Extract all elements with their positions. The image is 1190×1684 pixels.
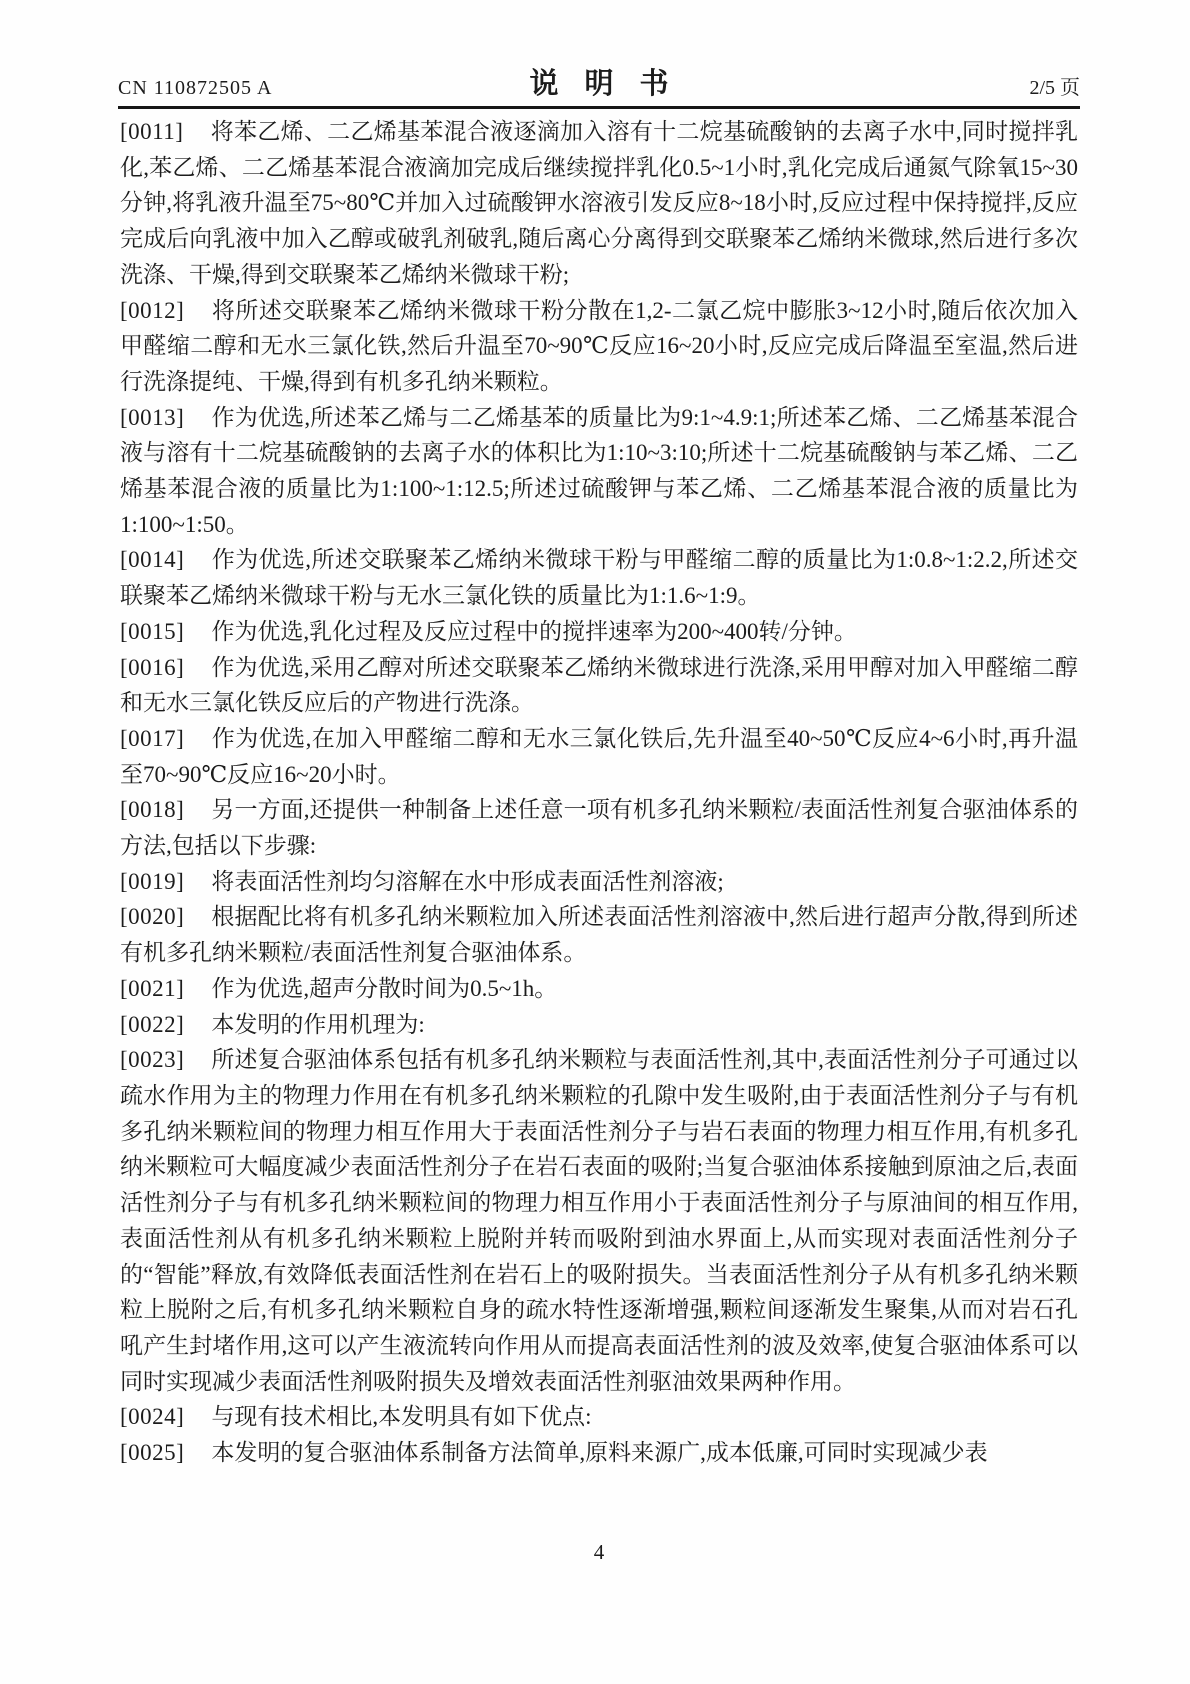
paragraph-number: [0014] <box>120 547 184 572</box>
paragraph: [0016]作为优选,采用乙醇对所述交联聚苯乙烯纳米微球进行洗涤,采用甲醇对加入… <box>120 650 1078 721</box>
paragraph-number: [0013] <box>120 405 184 430</box>
paragraph-number: [0016] <box>120 655 184 680</box>
paragraph-number: [0023] <box>120 1047 184 1072</box>
paragraph-number: [0018] <box>120 797 184 822</box>
paragraph-number: [0025] <box>120 1440 184 1465</box>
paragraph: [0020]根据配比将有机多孔纳米颗粒加入所述表面活性剂溶液中,然后进行超声分散… <box>120 899 1078 970</box>
paragraph: [0022]本发明的作用机理为: <box>120 1007 1078 1043</box>
specification-body: [0011]将苯乙烯、二乙烯基苯混合液逐滴加入溶有十二烷基硫酸钠的去离子水中,同… <box>120 114 1078 1471</box>
paragraph-number: [0011] <box>120 119 183 144</box>
paragraph: [0011]将苯乙烯、二乙烯基苯混合液逐滴加入溶有十二烷基硫酸钠的去离子水中,同… <box>120 114 1078 293</box>
paragraph-number: [0022] <box>120 1012 184 1037</box>
paragraph-text: 本发明的作用机理为: <box>211 1012 424 1037</box>
paragraph-text: 作为优选,乳化过程及反应过程中的搅拌速率为200~400转/分钟。 <box>211 619 857 644</box>
patent-specification-page: CN 110872505 A 说明书 2/5 页 [0011]将苯乙烯、二乙烯基… <box>0 0 1190 1684</box>
paragraph-text: 作为优选,超声分散时间为0.5~1h。 <box>211 976 557 1001</box>
paragraph: [0014]作为优选,所述交联聚苯乙烯纳米微球干粉与甲醛缩二醇的质量比为1:0.… <box>120 542 1078 613</box>
paragraph: [0012]将所述交联聚苯乙烯纳米微球干粉分散在1,2-二氯乙烷中膨胀3~12小… <box>120 293 1078 400</box>
paragraph-number: [0012] <box>120 298 184 323</box>
paragraph-text: 作为优选,所述苯乙烯与二乙烯基苯的质量比为9:1~4.9:1;所述苯乙烯、二乙烯… <box>120 405 1078 537</box>
paragraph: [0025]本发明的复合驱油体系制备方法简单,原料来源广,成本低廉,可同时实现减… <box>120 1435 1078 1471</box>
page-indicator: 2/5 页 <box>1029 71 1080 100</box>
paragraph-text: 作为优选,在加入甲醛缩二醇和无水三氯化铁后,先升温至40~50℃反应4~6小时,… <box>120 726 1078 787</box>
paragraph-text: 作为优选,所述交联聚苯乙烯纳米微球干粉与甲醛缩二醇的质量比为1:0.8~1:2.… <box>120 547 1078 608</box>
paragraph-number: [0024] <box>120 1404 184 1429</box>
paragraph: [0018]另一方面,还提供一种制备上述任意一项有机多孔纳米颗粒/表面活性剂复合… <box>120 792 1078 863</box>
paragraph-number: [0017] <box>120 726 184 751</box>
paragraph-text: 与现有技术相比,本发明具有如下优点: <box>211 1404 591 1429</box>
paragraph-number: [0021] <box>120 976 184 1001</box>
paragraph: [0024]与现有技术相比,本发明具有如下优点: <box>120 1399 1078 1435</box>
paragraph-text: 所述复合驱油体系包括有机多孔纳米颗粒与表面活性剂,其中,表面活性剂分子可通过以疏… <box>120 1047 1078 1393</box>
paragraph-text: 将表面活性剂均匀溶解在水中形成表面活性剂溶液; <box>211 869 723 894</box>
paragraph: [0017]作为优选,在加入甲醛缩二醇和无水三氯化铁后,先升温至40~50℃反应… <box>120 721 1078 792</box>
paragraph: [0019]将表面活性剂均匀溶解在水中形成表面活性剂溶液; <box>120 864 1078 900</box>
paragraph-text: 将苯乙烯、二乙烯基苯混合液逐滴加入溶有十二烷基硫酸钠的去离子水中,同时搅拌乳化,… <box>120 119 1078 287</box>
paragraph-text: 本发明的复合驱油体系制备方法简单,原料来源广,成本低廉,可同时实现减少表 <box>211 1440 987 1465</box>
header-divider-line <box>118 106 1080 109</box>
paragraph-text: 根据配比将有机多孔纳米颗粒加入所述表面活性剂溶液中,然后进行超声分散,得到所述有… <box>120 904 1078 965</box>
paragraph-text: 另一方面,还提供一种制备上述任意一项有机多孔纳米颗粒/表面活性剂复合驱油体系的方… <box>120 797 1078 858</box>
paragraph: [0015]作为优选,乳化过程及反应过程中的搅拌速率为200~400转/分钟。 <box>120 614 1078 650</box>
paragraph-number: [0019] <box>120 869 184 894</box>
paragraph-number: [0015] <box>120 619 184 644</box>
page-footer: 4 <box>120 1540 1078 1565</box>
document-title: 说明书 <box>118 61 1080 102</box>
paragraph: [0023]所述复合驱油体系包括有机多孔纳米颗粒与表面活性剂,其中,表面活性剂分… <box>120 1042 1078 1399</box>
paragraph-text: 作为优选,采用乙醇对所述交联聚苯乙烯纳米微球进行洗涤,采用甲醇对加入甲醛缩二醇和… <box>120 655 1078 716</box>
page-number: 4 <box>594 1540 605 1564</box>
paragraph: [0021]作为优选,超声分散时间为0.5~1h。 <box>120 971 1078 1007</box>
paragraph-text: 将所述交联聚苯乙烯纳米微球干粉分散在1,2-二氯乙烷中膨胀3~12小时,随后依次… <box>120 298 1078 394</box>
paragraph: [0013]作为优选,所述苯乙烯与二乙烯基苯的质量比为9:1~4.9:1;所述苯… <box>120 400 1078 543</box>
paragraph-number: [0020] <box>120 904 184 929</box>
page-header: CN 110872505 A 说明书 2/5 页 <box>118 58 1080 104</box>
